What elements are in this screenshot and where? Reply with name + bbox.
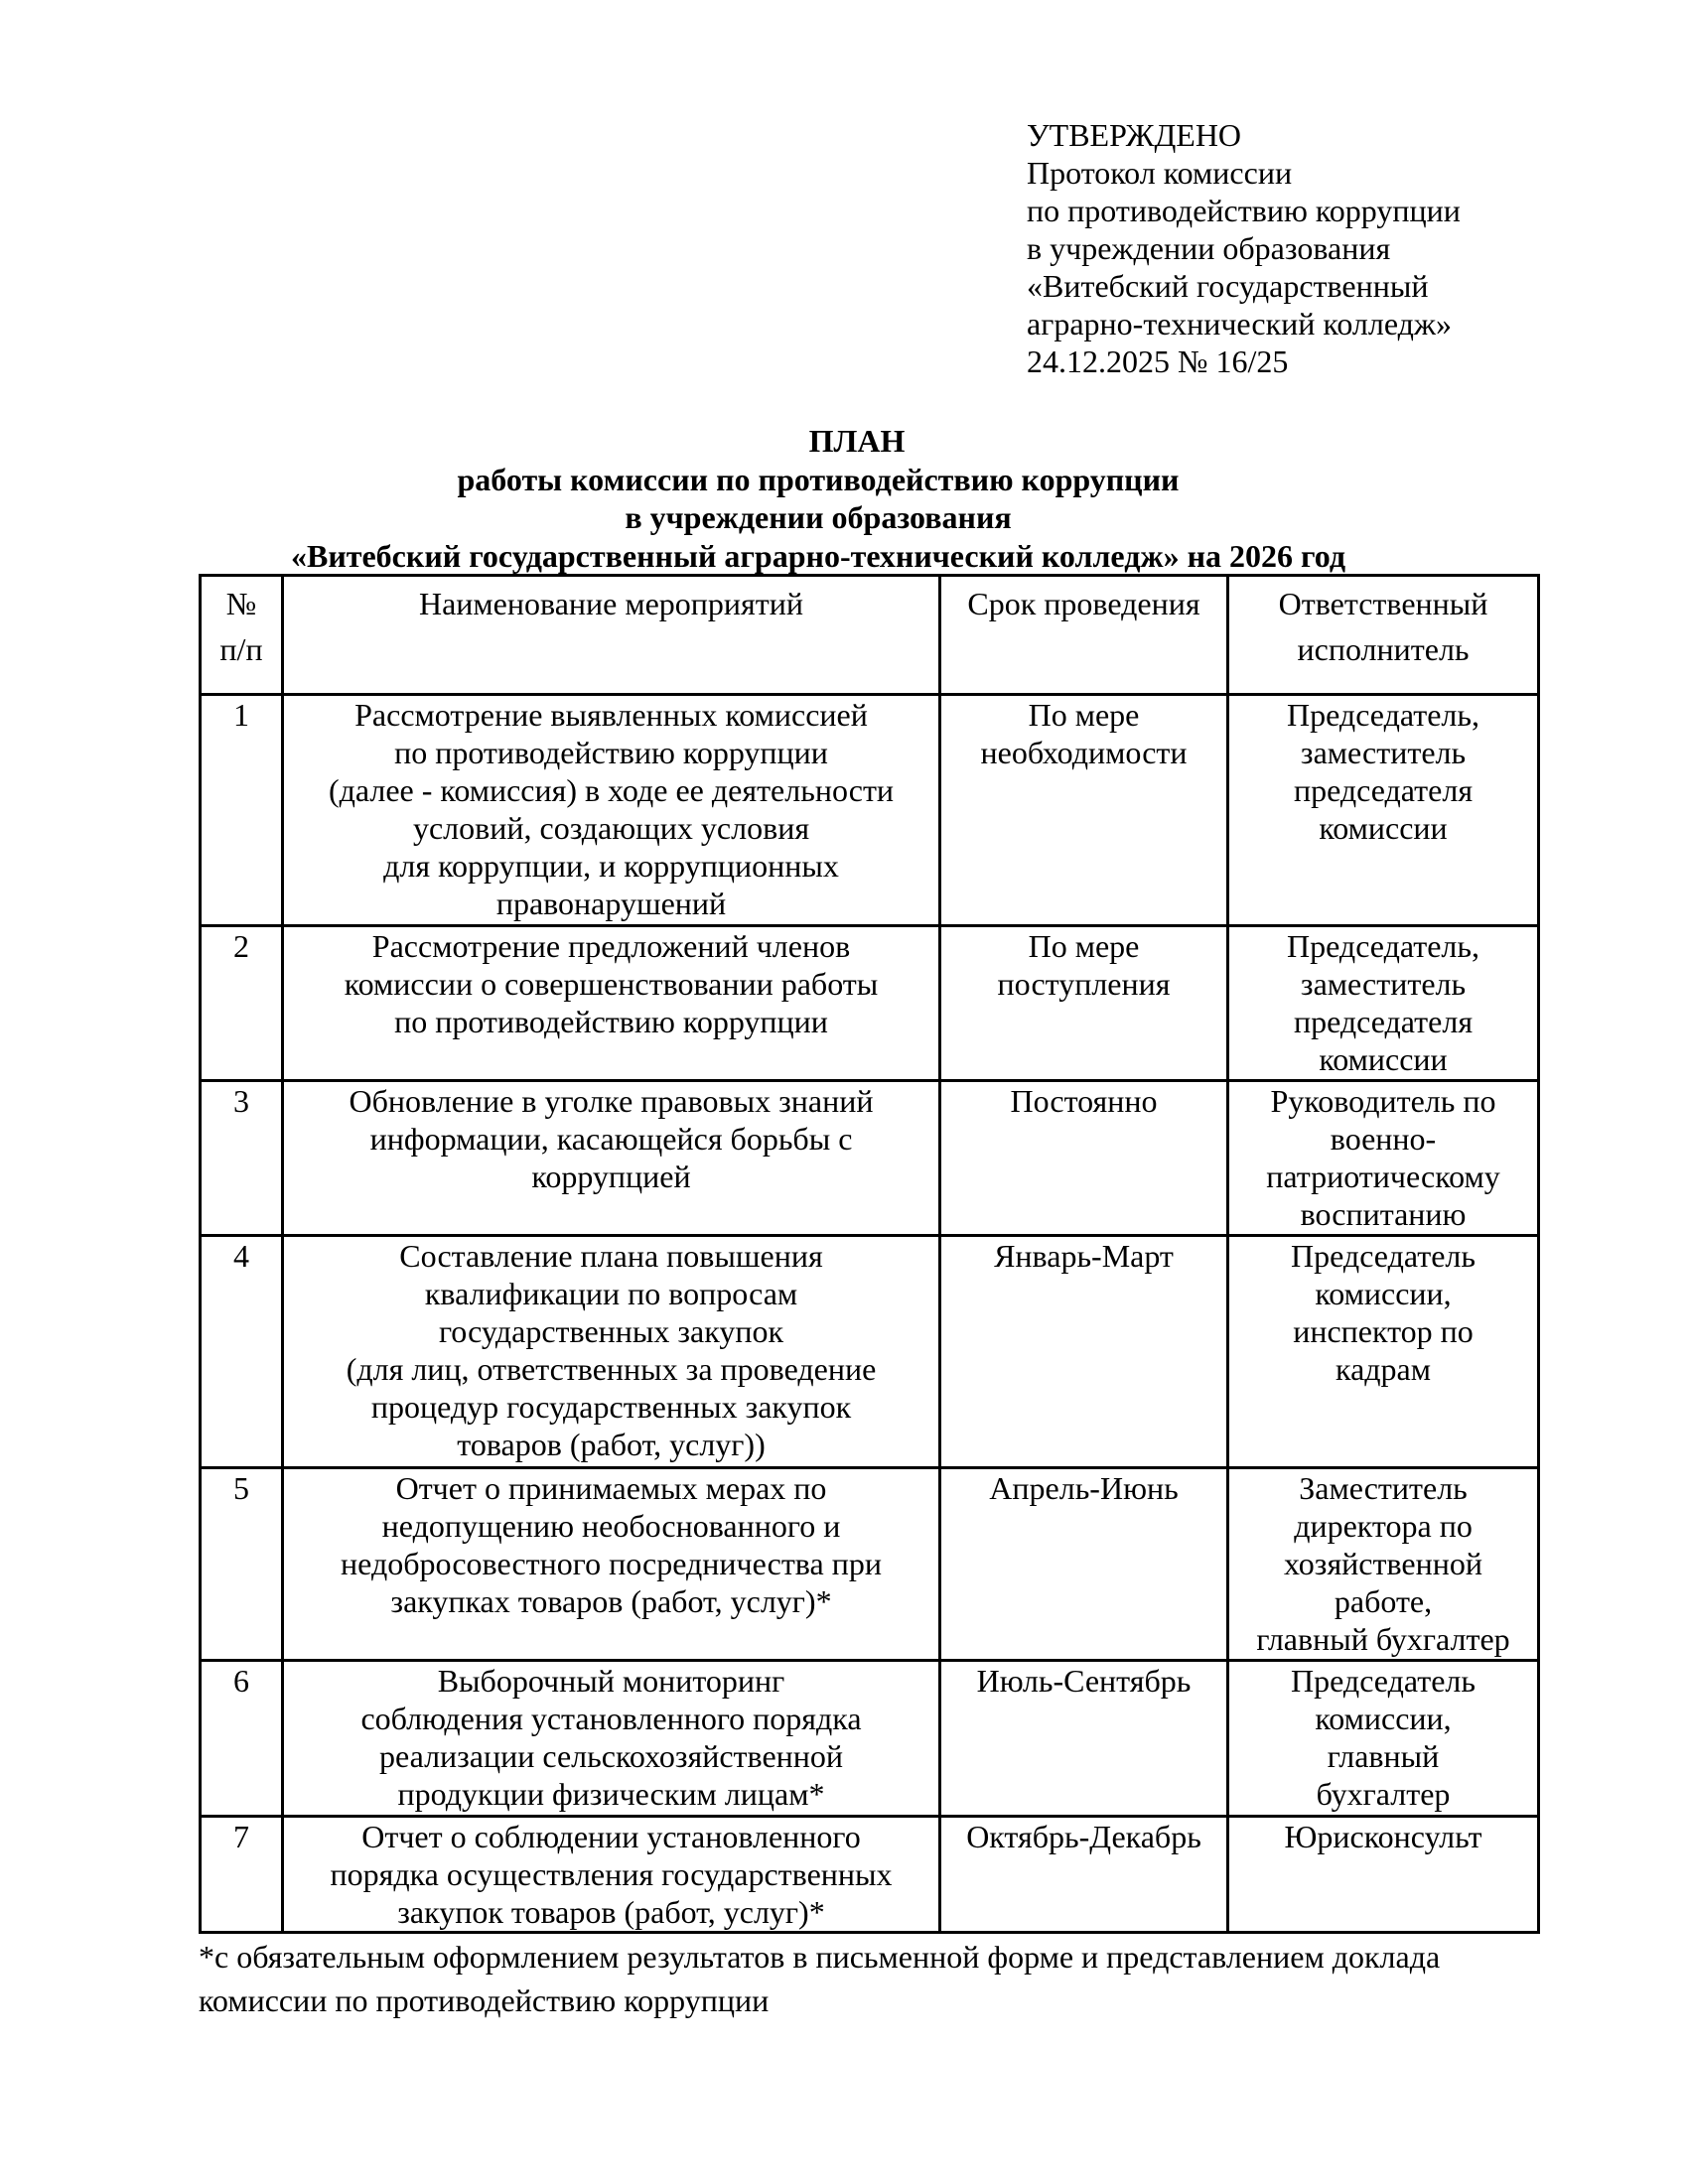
period-cell: Апрель-Июнь (940, 1468, 1228, 1661)
table-body: 1Рассмотрение выявленных комиссиейпо про… (201, 695, 1539, 1933)
period-cell: По мерепоступления (940, 926, 1228, 1081)
footnote: *с обязательным оформлением результатов … (199, 1935, 1440, 2022)
header-number: № п/п (201, 576, 283, 695)
table-row: 5Отчет о принимаемых мерах понедопущению… (201, 1468, 1539, 1661)
table-row: 6Выборочный мониторингсоблюдения установ… (201, 1661, 1539, 1817)
row-number: 2 (201, 926, 283, 1081)
activity-cell: Отчет о принимаемых мерах понедопущению … (283, 1468, 940, 1661)
row-number: 7 (201, 1817, 283, 1933)
activity-cell: Рассмотрение предложений членовкомиссии … (283, 926, 940, 1081)
approval-block: УТВЕРЖДЕНО Протокол комиссии по противод… (1027, 116, 1461, 380)
responsible-cell: Председателькомиссии,главныйбухгалтер (1228, 1661, 1539, 1817)
title-line: «Витебский государственный аграрно-техни… (199, 537, 1438, 576)
approval-line: Протокол комиссии (1027, 154, 1461, 192)
row-number: 3 (201, 1081, 283, 1236)
approval-heading: УТВЕРЖДЕНО (1027, 116, 1461, 154)
row-number: 6 (201, 1661, 283, 1817)
activity-cell: Составление плана повышенияквалификации … (283, 1236, 940, 1468)
approval-line: в учреждении образования (1027, 229, 1461, 267)
title-line: работы комиссии по противодействию корру… (199, 461, 1438, 499)
table-row: 1Рассмотрение выявленных комиссиейпо про… (201, 695, 1539, 926)
row-number: 1 (201, 695, 283, 926)
period-cell: Постоянно (940, 1081, 1228, 1236)
footnote-line: *с обязательным оформлением результатов … (199, 1935, 1440, 1979)
activity-cell: Рассмотрение выявленных комиссиейпо прот… (283, 695, 940, 926)
responsible-cell: Руководитель повоенно-патриотическомувос… (1228, 1081, 1539, 1236)
table-row: 7Отчет о соблюдении установленногопорядк… (201, 1817, 1539, 1933)
approval-date-number: 24.12.2025 № 16/25 (1027, 342, 1461, 380)
title-line: в учреждении образования (199, 498, 1438, 537)
period-cell: Июль-Сентябрь (940, 1661, 1228, 1817)
activity-cell: Обновление в уголке правовых знанийинфор… (283, 1081, 940, 1236)
header-period: Срок проведения (940, 576, 1228, 695)
header-activity: Наименование мероприятий (283, 576, 940, 695)
responsible-cell: Председатель,заместительпредседателякоми… (1228, 695, 1539, 926)
responsible-cell: Председателькомиссии,инспектор покадрам (1228, 1236, 1539, 1468)
table-header-row: № п/п Наименование мероприятий Срок пров… (201, 576, 1539, 695)
activity-cell: Выборочный мониторингсоблюдения установл… (283, 1661, 940, 1817)
responsible-cell: Юрисконсульт (1228, 1817, 1539, 1933)
responsible-cell: Заместительдиректора похозяйственнойрабо… (1228, 1468, 1539, 1661)
responsible-cell: Председатель,заместительпредседателякоми… (1228, 926, 1539, 1081)
approval-line: по противодействию коррупции (1027, 192, 1461, 229)
table-row: 4Составление плана повышенияквалификации… (201, 1236, 1539, 1468)
activity-cell: Отчет о соблюдении установленногопорядка… (283, 1817, 940, 1933)
row-number: 5 (201, 1468, 283, 1661)
table-row: 3Обновление в уголке правовых знанийинфо… (201, 1081, 1539, 1236)
title-plan: ПЛАН (199, 422, 1438, 461)
document-title: ПЛАН работы комиссии по противодействию … (199, 422, 1438, 575)
period-cell: По меренеобходимости (940, 695, 1228, 926)
footnote-line: комиссии по противодействию коррупции (199, 1979, 1440, 2022)
table-row: 2Рассмотрение предложений членовкомиссии… (201, 926, 1539, 1081)
period-cell: Октябрь-Декабрь (940, 1817, 1228, 1933)
approval-line: аграрно-технический колледж» (1027, 305, 1461, 342)
period-cell: Январь-Март (940, 1236, 1228, 1468)
plan-table: № п/п Наименование мероприятий Срок пров… (199, 574, 1540, 1934)
header-responsible: Ответственный исполнитель (1228, 576, 1539, 695)
approval-line: «Витебский государственный (1027, 267, 1461, 305)
row-number: 4 (201, 1236, 283, 1468)
